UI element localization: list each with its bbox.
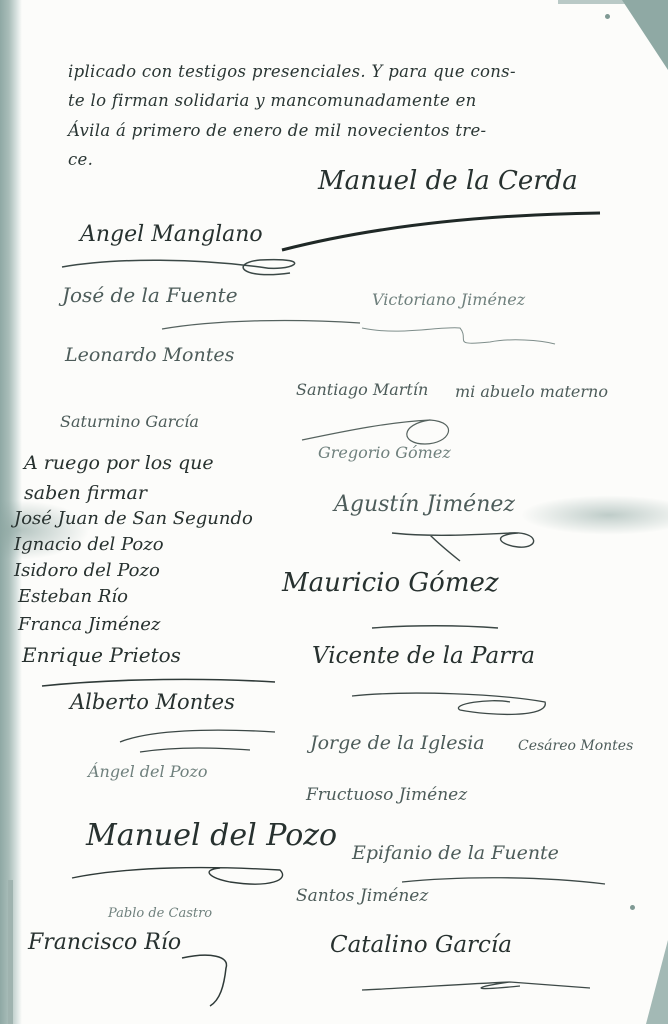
signature-santiago-martin: Santiago Martín (296, 380, 428, 399)
proxy-name: Enrique Prietos (22, 643, 181, 667)
signature-flourish (360, 978, 600, 998)
signature-alberto-montes: Alberto Montes (70, 690, 235, 714)
proxy-header-line-2: saben firmar (24, 482, 147, 504)
signature-angel-del-pozo: Ángel del Pozo (88, 762, 208, 781)
scan-left-strip (8, 880, 13, 1024)
body-line-2: te lo firman solidaria y mancomunadament… (68, 91, 477, 110)
signature-catalino-garcia: Catalino García (330, 932, 512, 958)
body-line-4: ce. (68, 150, 93, 169)
signature-flourish (360, 318, 560, 348)
signature-agustin-jimenez: Agustín Jiménez (334, 492, 515, 517)
signature-flourish (350, 688, 550, 728)
proxy-name: José Juan de San Segundo (14, 508, 253, 529)
paper-speck (630, 905, 635, 910)
signature-flourish (370, 623, 500, 633)
proxy-name: Isidoro del Pozo (14, 560, 160, 581)
signature-flourish (110, 722, 280, 762)
signature-flourish (280, 195, 610, 255)
signature-fructuoso-jimenez: Fructuoso Jiménez (306, 785, 467, 805)
signature-flourish (400, 872, 610, 892)
signature-leonardo-montes: Leonardo Montes (65, 344, 234, 366)
signature-jose-de-la-fuente: José de la Fuente (62, 283, 238, 307)
body-line-3: Ávila á primero de enero de mil novecien… (68, 121, 486, 140)
signature-vicente-de-la-parra: Vicente de la Parra (312, 643, 535, 669)
signature-santos-jimenez: Santos Jiménez (296, 886, 428, 906)
signature-angel-manglano: Angel Manglano (80, 222, 263, 247)
signature-flourish (390, 525, 550, 565)
scanned-document-page: iplicado con testigos presenciales. Y pa… (0, 0, 668, 1024)
folded-corner-bottom-right (646, 940, 668, 1024)
signature-manuel-del-pozo: Manuel del Pozo (86, 818, 337, 853)
paper-speck (605, 14, 610, 19)
signature-gregorio-gomez: Gregorio Gómez (318, 443, 451, 462)
signature-flourish (180, 950, 260, 1010)
signature-flourish (60, 255, 310, 285)
proxy-name: Esteban Río (18, 586, 128, 607)
signature-francisco-rio: Francisco Río (28, 930, 181, 955)
signature-mauricio-gomez: Mauricio Gómez (282, 568, 499, 598)
signature-victoriano-jimenez: Victoriano Jiménez (372, 290, 525, 309)
signature-pablo-de-castro: Pablo de Castro (108, 906, 212, 921)
signature-annotation: mi abuelo materno (455, 382, 608, 401)
signature-cesareo-montes: Cesáreo Montes (518, 738, 633, 754)
folded-corner-top-right (622, 0, 668, 70)
proxy-header-line-1: A ruego por los que (24, 452, 214, 474)
body-line-1: iplicado con testigos presenciales. Y pa… (68, 62, 516, 81)
proxy-name: Ignacio del Pozo (14, 534, 164, 555)
signature-flourish (160, 315, 360, 335)
signature-principal: Manuel de la Cerda (318, 166, 578, 196)
signature-epifanio-de-la-fuente: Epifanio de la Fuente (352, 842, 559, 864)
signature-flourish (70, 860, 290, 890)
proxy-name: Franca Jiménez (18, 614, 160, 635)
signature-jorge-de-la-iglesia: Jorge de la Iglesia (310, 732, 485, 754)
signature-saturnino-garcia: Saturnino García (60, 412, 199, 431)
